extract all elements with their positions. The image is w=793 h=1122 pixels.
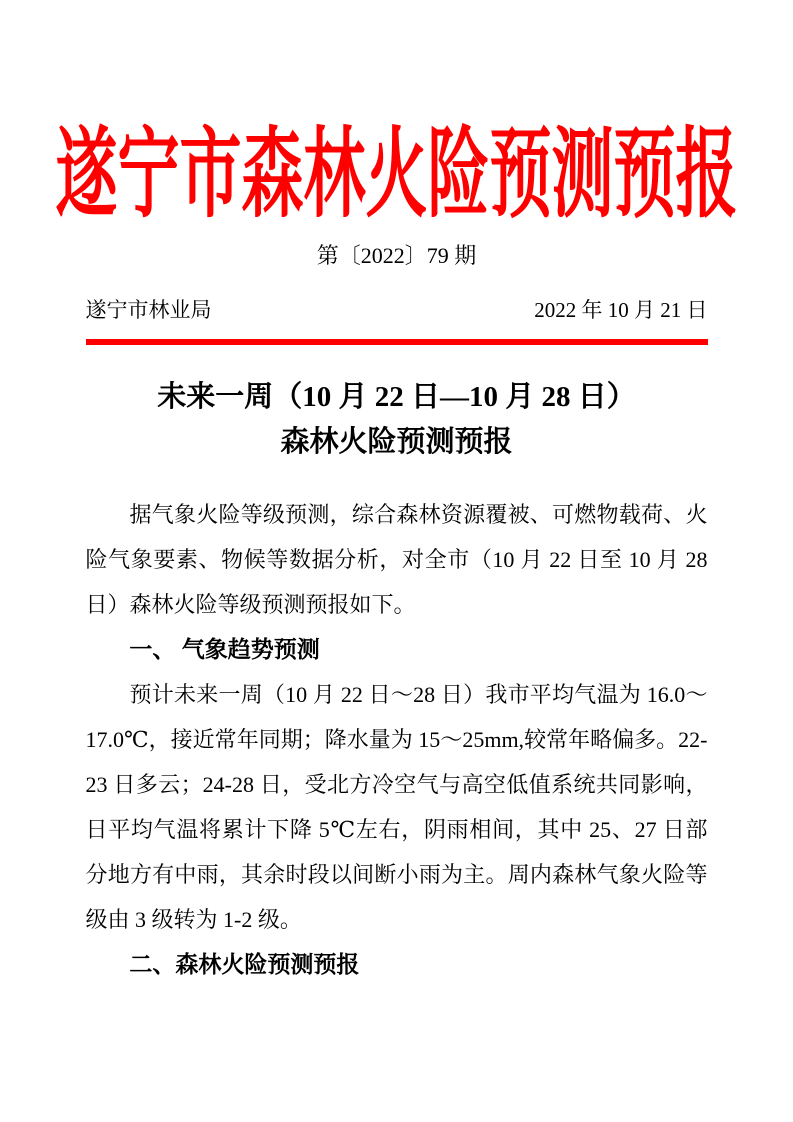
document-content: 遂宁市森林火险预测预报 第〔2022〕79 期 遂宁市林业局 2022 年 10…: [86, 100, 708, 987]
intro-paragraph: 据气象火险等级预测，综合森林资源覆被、可燃物载荷、火险气象要素、物候等数据分析，…: [86, 492, 708, 627]
agency-date-row: 遂宁市林业局 2022 年 10 月 21 日: [86, 298, 708, 322]
document-body: 未来一周（10 月 22 日—10 月 28 日） 森林火险预测预报 据气象火险…: [86, 375, 708, 987]
masthead-title-box: 遂宁市森林火险预测预报: [86, 100, 708, 230]
publish-date: 2022 年 10 月 21 日: [534, 298, 707, 322]
report-title-line2: 森林火险预测预报: [86, 420, 708, 465]
report-title: 未来一周（10 月 22 日—10 月 28 日） 森林火险预测预报: [86, 375, 708, 465]
issue-number: 第〔2022〕79 期: [86, 242, 708, 270]
report-title-line1: 未来一周（10 月 22 日—10 月 28 日）: [86, 375, 708, 420]
masthead-title: 遂宁市森林火险预测预报: [56, 95, 738, 236]
document-page: 遂宁市森林火险预测预报 第〔2022〕79 期 遂宁市林业局 2022 年 10…: [0, 0, 793, 1122]
section-1-paragraph: 预计未来一周（10 月 22 日～28 日）我市平均气温为 16.0～17.0℃…: [86, 672, 708, 942]
section-2-heading: 二、森林火险预测预报: [86, 942, 708, 987]
red-divider-rule: [86, 339, 708, 345]
section-1-heading: 一、 气象趋势预测: [86, 627, 708, 672]
agency-name: 遂宁市林业局: [86, 298, 212, 322]
masthead: 遂宁市森林火险预测预报 第〔2022〕79 期 遂宁市林业局 2022 年 10…: [86, 100, 708, 345]
